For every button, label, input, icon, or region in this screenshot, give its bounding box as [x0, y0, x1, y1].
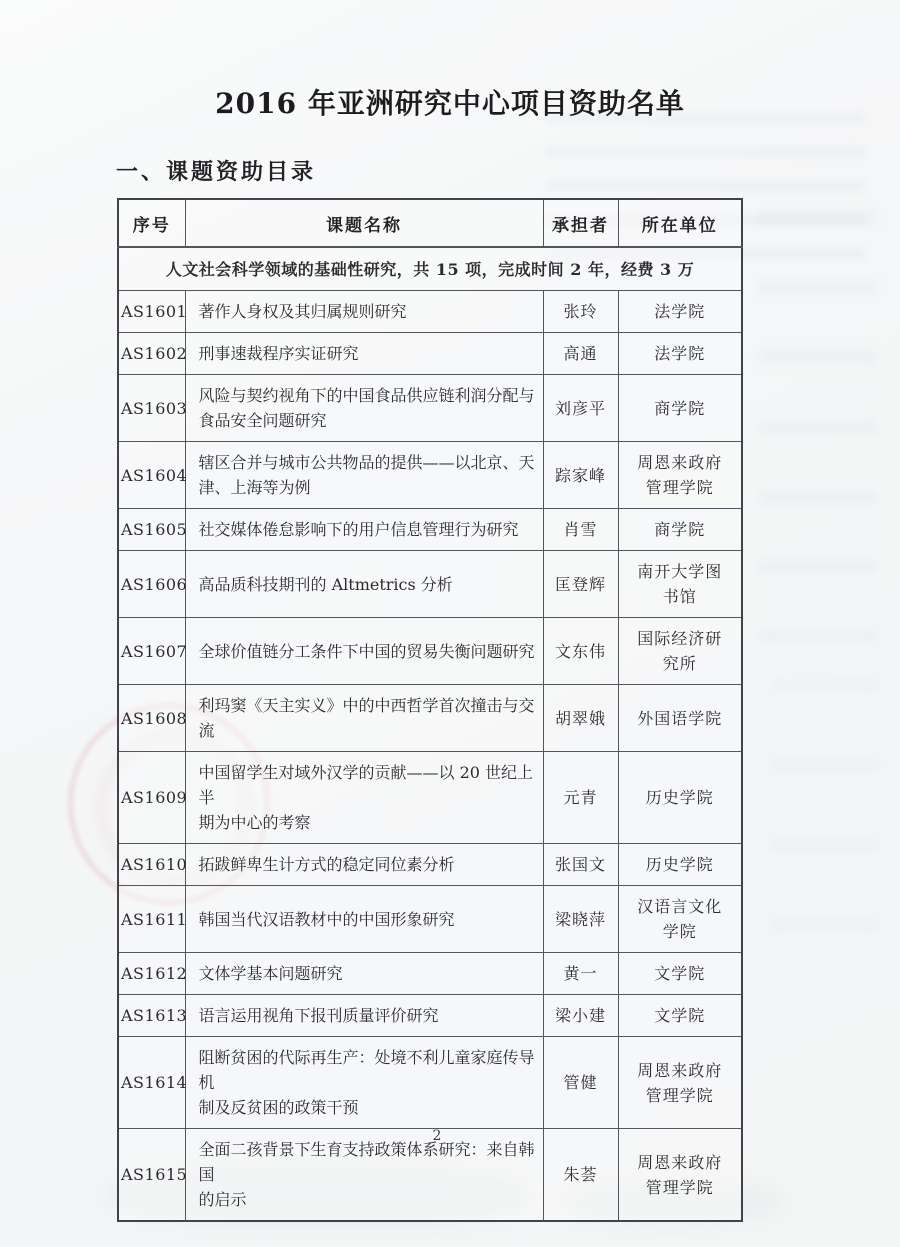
cell-project-id: AS1608	[118, 685, 185, 752]
cell-person: 元青	[543, 752, 618, 844]
cell-unit: 历史学院	[618, 752, 742, 844]
cell-project-title: 著作人身权及其归属规则研究	[185, 291, 543, 333]
table-body: 人文社会科学领域的基础性研究，共 15 项，完成时间 2 年，经费 3 万 AS…	[118, 247, 742, 1221]
cell-project-title: 拓跋鲜卑生计方式的稳定同位素分析	[185, 844, 543, 886]
table-row: AS1608 利玛窦《天主实义》中的中西哲学首次撞击与交流 胡翠娥 外国语学院	[118, 685, 742, 752]
cell-person: 高通	[543, 333, 618, 375]
cell-project-title: 文体学基本问题研究	[185, 953, 543, 995]
table-row: AS1607 全球价值链分工条件下中国的贸易失衡问题研究 文东伟 国际经济研 究…	[118, 618, 742, 685]
cell-unit: 国际经济研 究所	[618, 618, 742, 685]
page-bleedthrough-artifact	[770, 680, 880, 1000]
header-cell-serial-number: 序号	[118, 199, 185, 247]
table-header-row: 序号 课题名称 承担者 所在单位	[118, 199, 742, 247]
page-number: 2	[0, 1128, 874, 1144]
cell-person: 黄一	[543, 953, 618, 995]
cell-project-id: AS1613	[118, 995, 185, 1037]
cell-project-title: 社交媒体倦怠影响下的用户信息管理行为研究	[185, 509, 543, 551]
table-row: AS1612 文体学基本问题研究 黄一 文学院	[118, 953, 742, 995]
cell-project-title: 风险与契约视角下的中国食品供应链利润分配与 食品安全问题研究	[185, 375, 543, 442]
table-row: AS1610 拓跋鲜卑生计方式的稳定同位素分析 张国文 历史学院	[118, 844, 742, 886]
cell-project-id: AS1610	[118, 844, 185, 886]
cell-person: 梁晓萍	[543, 886, 618, 953]
cell-project-id: AS1602	[118, 333, 185, 375]
cell-unit: 文学院	[618, 953, 742, 995]
cell-unit: 周恩来政府 管理学院	[618, 442, 742, 509]
cell-project-id: AS1612	[118, 953, 185, 995]
cell-project-id: AS1607	[118, 618, 185, 685]
cell-unit: 汉语言文化 学院	[618, 886, 742, 953]
cell-project-title: 辖区合并与城市公共物品的提供——以北京、天 津、上海等为例	[185, 442, 543, 509]
table-row: AS1606 高品质科技期刊的 Altmetrics 分析 匡登辉 南开大学图 …	[118, 551, 742, 618]
cell-project-id: AS1614	[118, 1037, 185, 1129]
cell-person: 踪家峰	[543, 442, 618, 509]
cell-person: 匡登辉	[543, 551, 618, 618]
cell-person: 梁小建	[543, 995, 618, 1037]
table-row: AS1609 中国留学生对域外汉学的贡献——以 20 世纪上半 期为中心的考察 …	[118, 752, 742, 844]
cell-project-title: 刑事速裁程序实证研究	[185, 333, 543, 375]
cell-unit: 法学院	[618, 333, 742, 375]
section-heading: 一、课题资助目录	[116, 155, 316, 186]
cell-person: 胡翠娥	[543, 685, 618, 752]
cell-unit: 商学院	[618, 375, 742, 442]
cell-project-title: 阻断贫困的代际再生产：处境不利儿童家庭传导机 制及反贫困的政策干预	[185, 1037, 543, 1129]
cell-person: 张玲	[543, 291, 618, 333]
cell-project-id: AS1601	[118, 291, 185, 333]
header-cell-unit: 所在单位	[618, 199, 742, 247]
cell-project-id: AS1609	[118, 752, 185, 844]
table-row: AS1603 风险与契约视角下的中国食品供应链利润分配与 食品安全问题研究 刘彦…	[118, 375, 742, 442]
cell-person: 张国文	[543, 844, 618, 886]
header-cell-undertaker: 承担者	[543, 199, 618, 247]
cell-person: 肖雪	[543, 509, 618, 551]
cell-unit: 文学院	[618, 995, 742, 1037]
cell-unit: 南开大学图 书馆	[618, 551, 742, 618]
cell-project-title: 全球价值链分工条件下中国的贸易失衡问题研究	[185, 618, 543, 685]
cell-project-title: 高品质科技期刊的 Altmetrics 分析	[185, 551, 543, 618]
cell-unit: 法学院	[618, 291, 742, 333]
cell-person: 管健	[543, 1037, 618, 1129]
cell-unit: 历史学院	[618, 844, 742, 886]
table-row: AS1602 刑事速裁程序实证研究 高通 法学院	[118, 333, 742, 375]
cell-project-id: AS1605	[118, 509, 185, 551]
cell-project-title: 韩国当代汉语教材中的中国形象研究	[185, 886, 543, 953]
group-row-label: 人文社会科学领域的基础性研究，共 15 项，完成时间 2 年，经费 3 万	[118, 247, 742, 291]
table-group-row: 人文社会科学领域的基础性研究，共 15 项，完成时间 2 年，经费 3 万	[118, 247, 742, 291]
cell-person: 文东伟	[543, 618, 618, 685]
cell-project-title: 中国留学生对域外汉学的贡献——以 20 世纪上半 期为中心的考察	[185, 752, 543, 844]
cell-person: 刘彦平	[543, 375, 618, 442]
table-row: AS1614 阻断贫困的代际再生产：处境不利儿童家庭传导机 制及反贫困的政策干预…	[118, 1037, 742, 1129]
cell-project-title: 语言运用视角下报刊质量评价研究	[185, 995, 543, 1037]
table-row: AS1613 语言运用视角下报刊质量评价研究 梁小建 文学院	[118, 995, 742, 1037]
table-row: AS1611 韩国当代汉语教材中的中国形象研究 梁晓萍 汉语言文化 学院	[118, 886, 742, 953]
cell-unit: 商学院	[618, 509, 742, 551]
page-title: 2016 年亚洲研究中心项目资助名单	[0, 82, 900, 122]
page-bleedthrough-artifact	[758, 210, 878, 640]
table-row: AS1605 社交媒体倦怠影响下的用户信息管理行为研究 肖雪 商学院	[118, 509, 742, 551]
header-cell-project-title: 课题名称	[185, 199, 543, 247]
table-row: AS1604 辖区合并与城市公共物品的提供——以北京、天 津、上海等为例 踪家峰…	[118, 442, 742, 509]
cell-project-id: AS1606	[118, 551, 185, 618]
table-row: AS1601 著作人身权及其归属规则研究 张玲 法学院	[118, 291, 742, 333]
funding-table: 序号 课题名称 承担者 所在单位 人文社会科学领域的基础性研究，共 15 项，完…	[117, 198, 743, 1222]
cell-unit: 外国语学院	[618, 685, 742, 752]
cell-project-id: AS1604	[118, 442, 185, 509]
cell-project-id: AS1611	[118, 886, 185, 953]
cell-project-title: 利玛窦《天主实义》中的中西哲学首次撞击与交流	[185, 685, 543, 752]
cell-project-id: AS1603	[118, 375, 185, 442]
cell-unit: 周恩来政府 管理学院	[618, 1037, 742, 1129]
